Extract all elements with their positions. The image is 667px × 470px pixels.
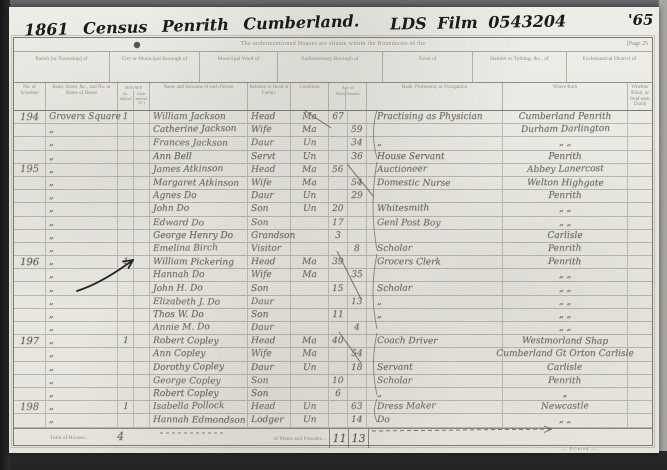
age-female-cell: [348, 309, 367, 321]
age-female-cell: 54: [348, 177, 367, 189]
census-row: 195 „ James Atkinson Head Ma 56 Auctione…: [14, 164, 652, 177]
scan-right-edge: [659, 0, 667, 451]
form-header-band: The undermentioned Houses are situate wi…: [14, 38, 652, 52]
age-female-cell: 35: [348, 269, 367, 281]
occupation-cell: Practising as Physician: [367, 111, 503, 123]
born-cell: Carlisle: [503, 230, 628, 242]
infirmity-cell: [628, 151, 652, 163]
condition-cell: Un: [291, 190, 329, 202]
occupation-cell: [367, 124, 503, 136]
age-male-cell: 56: [329, 164, 348, 176]
census-row: „ Annie M. Do Daur 4 „ „: [14, 322, 652, 335]
road-cell: „: [46, 414, 118, 426]
col-relation: Relation to Head of Family: [248, 83, 291, 110]
relation-cell: Son: [248, 203, 291, 215]
relation-cell: Servt: [248, 151, 291, 163]
occupation-cell: Domestic Nurse: [367, 177, 503, 189]
born-cell: „ „: [503, 322, 628, 334]
occupation-cell: Servant: [367, 362, 503, 374]
infirmity-cell: [628, 217, 652, 229]
infirmity-cell: [628, 177, 652, 189]
relation-cell: Wife: [248, 348, 291, 360]
born-cell: Welton Highgate: [503, 177, 628, 189]
schedule-cell: [14, 375, 46, 387]
name-cell: Isabella Pollock: [150, 401, 248, 413]
infirmity-cell: [628, 348, 652, 360]
inhabited-cell: [118, 177, 134, 189]
born-cell: Durham Darlington: [503, 124, 628, 136]
schedule-cell: 196: [14, 256, 46, 268]
road-cell: „: [46, 348, 118, 360]
infirmity-cell: [628, 111, 652, 123]
born-cell: „ „: [503, 296, 628, 308]
age-female-cell: 18: [348, 362, 367, 374]
uninhabited-cell: [134, 256, 150, 268]
district-ecclesiastical: Ecclesiastical District of: [567, 52, 652, 82]
born-cell: Abbey Lanercost: [503, 164, 628, 176]
census-row: „ Catherine Jackson Wife Ma 59 Durham Da…: [14, 124, 652, 137]
name-cell: Edward Do: [150, 217, 248, 229]
schedule-cell: 197: [14, 335, 46, 347]
condition-cell: [291, 388, 329, 400]
road-cell: „: [46, 203, 118, 215]
col-name: Name and Surname of each Person: [150, 83, 248, 110]
age-male-cell: [329, 177, 348, 189]
film-number-annotation: LDS Film 0543204: [390, 11, 567, 33]
inhabited-cell: [118, 282, 134, 294]
born-cell: Carlisle: [503, 362, 628, 374]
occupation-cell: Genl Post Boy: [367, 217, 503, 229]
age-female-cell: 8: [348, 243, 367, 255]
name-cell: Thos W. Do: [150, 309, 248, 321]
col-age-males: Males: [335, 90, 346, 110]
census-row: „ Hannah Edmondson Lodger Un 14 Do „ „: [14, 414, 652, 427]
occupation-cell: Scholar: [367, 243, 503, 255]
born-cell: „ „: [503, 269, 628, 281]
col-age-females: Females: [346, 90, 359, 110]
census-row: 196 „ 1 William Pickering Head Ma 39 Gro…: [14, 256, 652, 269]
condition-cell: [291, 309, 329, 321]
name-cell: Hannah Edmondson: [150, 414, 248, 426]
road-cell: „: [46, 388, 118, 400]
census-form: The undermentioned Houses are situate wi…: [13, 37, 653, 446]
occupation-cell: Scholar: [367, 375, 503, 387]
age-female-cell: [348, 111, 367, 123]
born-cell: „ „: [503, 282, 628, 294]
born-cell: „ „: [503, 309, 628, 321]
road-cell: „: [46, 177, 118, 189]
totals-footer: Total of Houses... 4 of Males and Female…: [14, 428, 652, 448]
col-infirmity: Whether Blind, or Deaf-and-Dumb: [628, 83, 652, 110]
inhabited-cell: 1: [118, 335, 134, 347]
road-cell: „: [46, 335, 118, 347]
total-males-females-label: of Males and Females...: [212, 436, 326, 442]
census-row: „ Thos W. Do Son 11 „ „ „: [14, 309, 652, 322]
relation-cell: Daur: [248, 322, 291, 334]
relation-cell: Grandson: [248, 230, 291, 242]
condition-cell: Ma: [291, 124, 329, 136]
uninhabited-cell: [134, 217, 150, 229]
relation-cell: Head: [248, 164, 291, 176]
situate-line: The undermentioned Houses are situate wi…: [14, 41, 652, 47]
uninhabited-cell: [134, 124, 150, 136]
road-cell: „: [46, 230, 118, 242]
inhabited-cell: [118, 362, 134, 374]
age-female-cell: 59: [348, 124, 367, 136]
condition-cell: Un: [291, 414, 329, 426]
infirmity-cell: [628, 388, 652, 400]
page-label: [Page 25: [627, 41, 648, 47]
road-cell: „: [46, 151, 118, 163]
age-male-cell: 6: [329, 388, 348, 400]
inhabited-cell: [118, 296, 134, 308]
schedule-cell: [14, 282, 46, 294]
occupation-cell: „: [367, 137, 503, 149]
schedule-cell: [14, 296, 46, 308]
condition-cell: Ma: [291, 256, 329, 268]
inhabited-cell: [118, 164, 134, 176]
uninhabited-cell: [134, 309, 150, 321]
road-cell: „: [46, 375, 118, 387]
col-where-born: Where Born: [503, 83, 628, 110]
census-row: „ Edward Do Son 17 Genl Post Boy „ „: [14, 217, 652, 230]
total-houses-label: Total of Houses...: [50, 435, 89, 441]
infirmity-cell: [628, 124, 652, 136]
infirmity-cell: [628, 137, 652, 149]
relation-cell: Lodger: [248, 414, 291, 426]
name-cell: Robert Copley: [150, 388, 248, 400]
uninhabited-cell: [134, 164, 150, 176]
col-condition: Condition: [291, 83, 329, 110]
age-female-cell: 14: [348, 414, 367, 426]
name-cell: William Jackson: [150, 111, 248, 123]
road-cell: „: [46, 256, 118, 268]
condition-cell: Ma: [291, 164, 329, 176]
total-houses-value: 4: [117, 430, 124, 443]
infirmity-cell: [628, 243, 652, 255]
relation-cell: Wife: [248, 124, 291, 136]
relation-cell: Daur: [248, 296, 291, 308]
name-cell: William Pickering: [150, 256, 248, 268]
census-row: „ George Henry Do Grandson 3 Carlisle: [14, 230, 652, 243]
schedule-cell: 194: [14, 111, 46, 123]
uninhabited-cell: [134, 151, 150, 163]
inhabited-cell: 1: [118, 111, 134, 123]
relation-cell: Head: [248, 111, 291, 123]
age-male-cell: [329, 243, 348, 255]
road-cell: „: [46, 164, 118, 176]
district-hamlet: Hamlet or Tything, &c., of: [473, 52, 567, 82]
col-houses: HOUSES In-habited Unin-habited (U.): [118, 83, 150, 110]
census-rows: 194 Grovers Square 1 William Jackson Hea…: [14, 111, 652, 428]
name-cell: Catherine Jackson: [150, 124, 248, 136]
road-cell: „: [46, 269, 118, 281]
inhabited-cell: [118, 322, 134, 334]
infirmity-cell: [628, 309, 652, 321]
born-cell: Penrith: [503, 190, 628, 202]
printers-mark: — Printed —: [562, 446, 597, 451]
inhabited-cell: [118, 203, 134, 215]
road-cell: „: [46, 362, 118, 374]
relation-cell: Son: [248, 388, 291, 400]
born-cell: „ „: [503, 203, 628, 215]
occupation-cell: [367, 322, 503, 334]
age-female-cell: [348, 375, 367, 387]
name-cell: James Atkinson: [150, 164, 248, 176]
born-cell: „ „: [503, 137, 628, 149]
age-male-cell: 39: [329, 256, 348, 268]
inhabited-cell: [118, 124, 134, 136]
road-cell: „: [46, 124, 118, 136]
census-row: „ Frances Jackson Daur Un 34 „ „ „: [14, 137, 652, 150]
road-cell: „: [46, 217, 118, 229]
condition-cell: [291, 230, 329, 242]
census-row: „ Agnes Do Daur Un 29 Penrith: [14, 190, 652, 203]
inhabited-cell: [118, 375, 134, 387]
born-cell: Penrith: [503, 243, 628, 255]
schedule-cell: [14, 203, 46, 215]
born-cell: „ „: [503, 414, 628, 426]
relation-cell: Head: [248, 256, 291, 268]
name-cell: Dorothy Copley: [150, 362, 248, 374]
census-row: „ Dorothy Copley Daur Un 18 Servant Carl…: [14, 362, 652, 375]
uninhabited-cell: [134, 414, 150, 426]
age-female-cell: [348, 256, 367, 268]
infirmity-cell: [628, 414, 652, 426]
relation-cell: Wife: [248, 269, 291, 281]
condition-cell: [291, 282, 329, 294]
age-male-cell: [329, 401, 348, 413]
age-male-cell: 40: [329, 335, 348, 347]
age-male-cell: [329, 362, 348, 374]
road-cell: „: [46, 137, 118, 149]
col-age: Age of Males Females: [329, 83, 367, 110]
occupation-cell: [367, 230, 503, 242]
occupation-cell: Dress Maker: [367, 401, 503, 413]
uninhabited-cell: [134, 348, 150, 360]
name-cell: John H. Do: [150, 282, 248, 294]
schedule-cell: 198: [14, 401, 46, 413]
schedule-cell: [14, 269, 46, 281]
relation-cell: Head: [248, 335, 291, 347]
age-female-cell: [348, 203, 367, 215]
census-row: „ Emelina Birch Visitor 8 Scholar Penrit…: [14, 243, 652, 256]
age-female-cell: 4: [348, 322, 367, 334]
inhabited-cell: [118, 348, 134, 360]
inhabited-cell: [118, 309, 134, 321]
name-cell: Frances Jackson: [150, 137, 248, 149]
born-cell: Cumberland Penrith: [503, 111, 628, 123]
infirmity-cell: [628, 296, 652, 308]
name-cell: Margaret Atkinson: [150, 177, 248, 189]
col-age-label: Age of: [341, 83, 353, 90]
uninhabited-cell: [134, 335, 150, 347]
name-cell: John Do: [150, 203, 248, 215]
age-male-cell: [329, 414, 348, 426]
age-female-cell: [348, 230, 367, 242]
age-male-cell: 67: [329, 111, 348, 123]
schedule-cell: [14, 348, 46, 360]
schedule-cell: [14, 309, 46, 321]
census-row: 198 „ 1 Isabella Pollock Head Un 63 Dres…: [14, 401, 652, 414]
uninhabited-cell: [134, 322, 150, 334]
name-cell: Agnes Do: [150, 190, 248, 202]
census-paper: 1861 Census Penrith Cumberland. LDS Film…: [9, 7, 659, 453]
schedule-cell: [14, 124, 46, 136]
condition-cell: [291, 243, 329, 255]
road-cell: „: [46, 282, 118, 294]
schedule-cell: [14, 243, 46, 255]
col-inhabited: In-habited: [118, 90, 134, 110]
age-male-cell: 11: [329, 309, 348, 321]
infirmity-cell: [628, 164, 652, 176]
scanned-census-page: 1861 Census Penrith Cumberland. LDS Film…: [0, 0, 667, 470]
relation-cell: Daur: [248, 137, 291, 149]
infirmity-cell: [628, 230, 652, 242]
inhabited-cell: [118, 243, 134, 255]
occupation-cell: Scholar: [367, 282, 503, 294]
name-cell: Hannah Do: [150, 269, 248, 281]
district-town: Town of: [383, 52, 473, 82]
census-row: „ Robert Copley Son 6 „ „: [14, 388, 652, 401]
occupation-cell: House Servant: [367, 151, 503, 163]
condition-cell: Ma: [291, 111, 329, 123]
age-female-cell: [348, 388, 367, 400]
col-occupation: Rank, Profession, or Occupation: [367, 83, 503, 110]
condition-cell: Un: [291, 203, 329, 215]
inhabited-cell: [118, 414, 134, 426]
age-female-cell: [348, 335, 367, 347]
col-uninhabited: Unin-habited (U.): [134, 90, 149, 110]
age-male-cell: [329, 190, 348, 202]
age-male-cell: [329, 124, 348, 136]
road-cell: „: [46, 401, 118, 413]
col-schedule: No. of Schedule: [14, 83, 46, 110]
inhabited-cell: 1: [118, 401, 134, 413]
frame-number-annotation: '65: [628, 11, 653, 29]
born-cell: Cumberland Gt Orton Carlisle: [503, 348, 628, 360]
relation-cell: Visitor: [248, 243, 291, 255]
schedule-cell: [14, 177, 46, 189]
total-males-cell: 11: [329, 429, 349, 448]
total-females-cell: 13: [348, 429, 369, 448]
relation-cell: Head: [248, 401, 291, 413]
condition-cell: [291, 217, 329, 229]
infirmity-cell: [628, 256, 652, 268]
schedule-cell: [14, 137, 46, 149]
born-cell: „: [503, 388, 628, 400]
uninhabited-cell: [134, 388, 150, 400]
uninhabited-cell: [134, 243, 150, 255]
condition-cell: Ma: [291, 348, 329, 360]
occupation-cell: Do: [367, 414, 503, 426]
age-female-cell: 13: [348, 296, 367, 308]
name-cell: Emelina Birch: [150, 243, 248, 255]
age-male-cell: [329, 322, 348, 334]
infirmity-cell: [628, 269, 652, 281]
uninhabited-cell: [134, 296, 150, 308]
column-headers: No. of Schedule Road, Street, &c., and N…: [14, 83, 652, 111]
uninhabited-cell: [134, 401, 150, 413]
schedule-cell: [14, 388, 46, 400]
born-cell: Penrith: [503, 375, 628, 387]
name-cell: George Copley: [150, 375, 248, 387]
col-road: Road, Street, &c., and No. or Name of Ho…: [46, 83, 118, 110]
district-header-band: Parish [or Township] of City or Municipa…: [14, 52, 652, 83]
district-parl-borough: Parliamentary Borough of: [278, 52, 383, 82]
age-female-cell: 63: [348, 401, 367, 413]
age-female-cell: 54: [348, 348, 367, 360]
name-cell: Annie M. Do: [150, 322, 248, 334]
infirmity-cell: [628, 282, 652, 294]
age-male-cell: [329, 151, 348, 163]
schedule-cell: 195: [14, 164, 46, 176]
census-row: 194 Grovers Square 1 William Jackson Hea…: [14, 111, 652, 124]
condition-cell: Un: [291, 401, 329, 413]
uninhabited-cell: [134, 269, 150, 281]
age-male-cell: [329, 348, 348, 360]
age-male-cell: 17: [329, 217, 348, 229]
name-cell: Ann Copley: [150, 348, 248, 360]
relation-cell: Son: [248, 309, 291, 321]
condition-cell: Un: [291, 362, 329, 374]
occupation-cell: „: [367, 388, 503, 400]
condition-cell: [291, 375, 329, 387]
occupation-cell: Whitesmith: [367, 203, 503, 215]
census-row: „ John H. Do Son 15 Scholar „ „: [14, 282, 652, 295]
occupation-cell: Auctioneer: [367, 164, 503, 176]
condition-cell: [291, 322, 329, 334]
age-female-cell: [348, 282, 367, 294]
infirmity-cell: [628, 335, 652, 347]
uninhabited-cell: [134, 137, 150, 149]
occupation-cell: [367, 348, 503, 360]
condition-cell: Ma: [291, 269, 329, 281]
district-ward: Municipal Ward of: [200, 52, 278, 82]
age-female-cell: [348, 164, 367, 176]
col-houses-label: HOUSES: [125, 83, 143, 90]
occupation-cell: [367, 190, 503, 202]
condition-cell: [291, 296, 329, 308]
condition-cell: Ma: [291, 177, 329, 189]
age-male-cell: 20: [329, 203, 348, 215]
condition-cell: Ma: [291, 335, 329, 347]
schedule-cell: [14, 414, 46, 426]
schedule-cell: [14, 217, 46, 229]
occupation-cell: [367, 269, 503, 281]
road-cell: „: [46, 309, 118, 321]
relation-cell: Wife: [248, 177, 291, 189]
uninhabited-cell: [134, 230, 150, 242]
inhabited-cell: [118, 230, 134, 242]
uninhabited-cell: [134, 282, 150, 294]
infirmity-cell: [628, 375, 652, 387]
census-row: „ John Do Son Un 20 Whitesmith „ „: [14, 203, 652, 216]
road-cell: „: [46, 322, 118, 334]
inhabited-cell: [118, 269, 134, 281]
age-male-cell: [329, 269, 348, 281]
census-row: 197 „ 1 Robert Copley Head Ma 40 Coach D…: [14, 335, 652, 348]
inhabited-cell: [118, 137, 134, 149]
census-row: „ George Copley Son 10 Scholar Penrith: [14, 375, 652, 388]
road-cell: „: [46, 190, 118, 202]
age-male-cell: 10: [329, 375, 348, 387]
road-cell: „: [46, 243, 118, 255]
uninhabited-cell: [134, 111, 150, 123]
district-parish: Parish [or Township] of: [14, 52, 110, 82]
occupation-cell: „: [367, 309, 503, 321]
age-female-cell: 34: [348, 137, 367, 149]
